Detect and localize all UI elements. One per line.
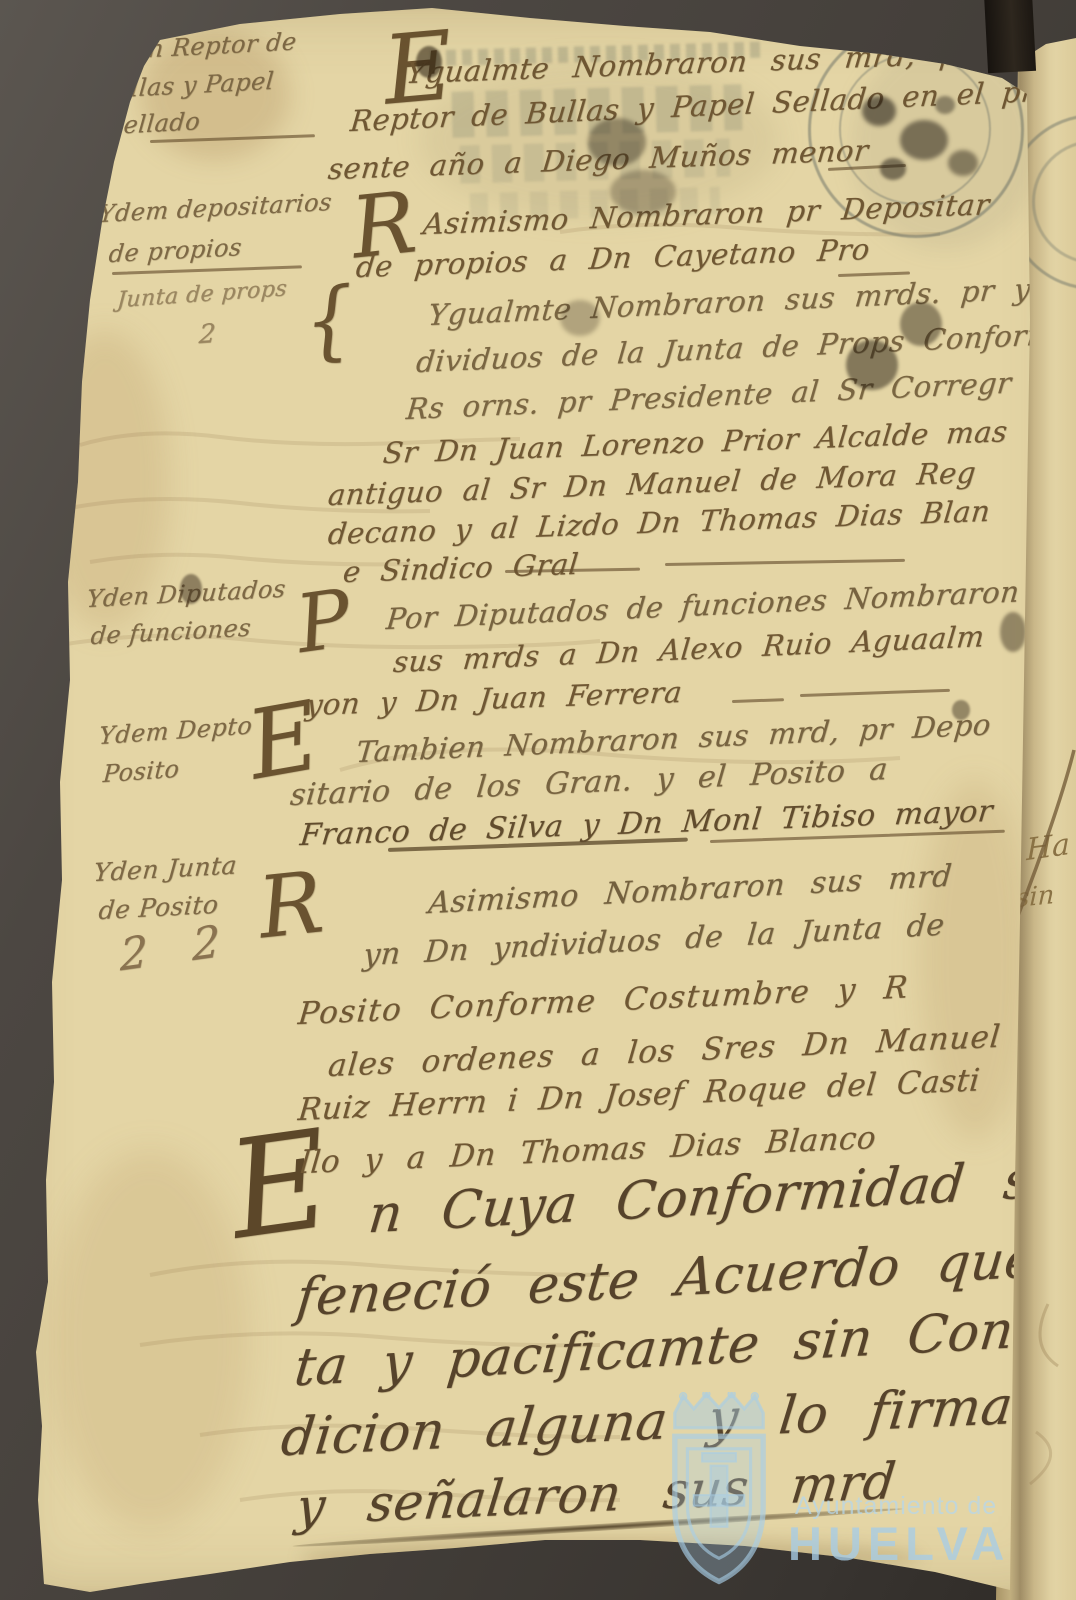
ink-blot — [180, 574, 202, 604]
ink-speckle — [588, 118, 646, 166]
ink-blot — [416, 46, 442, 78]
ink-blot — [1000, 612, 1026, 652]
margin-note-line: Posito — [102, 755, 181, 789]
margin-note-line: Sellado — [106, 107, 202, 140]
flourish-bracket: { — [302, 281, 357, 361]
ink-speckle — [560, 300, 600, 336]
ink-blot — [900, 302, 942, 346]
ink-blot — [862, 96, 896, 126]
ink-blot — [846, 340, 898, 390]
ink-blot — [900, 120, 948, 160]
ink-blot — [935, 96, 955, 114]
manuscript-page: Ydem Reptor de Bullas y Papel Sellado Yd… — [0, 0, 1076, 1600]
margin-note-line: 2 — [198, 319, 217, 350]
ink-blot — [952, 700, 970, 720]
flourish-initial: R — [255, 865, 327, 948]
ink-blot — [948, 150, 978, 176]
binding-strip — [984, 0, 1036, 73]
flourish-initial: P — [292, 583, 355, 662]
ink-speckle — [610, 170, 676, 214]
flourish-initial-large: E — [222, 1118, 337, 1252]
ink-blot — [880, 158, 906, 180]
manuscript-scan: Ha sin — [0, 0, 1076, 1600]
